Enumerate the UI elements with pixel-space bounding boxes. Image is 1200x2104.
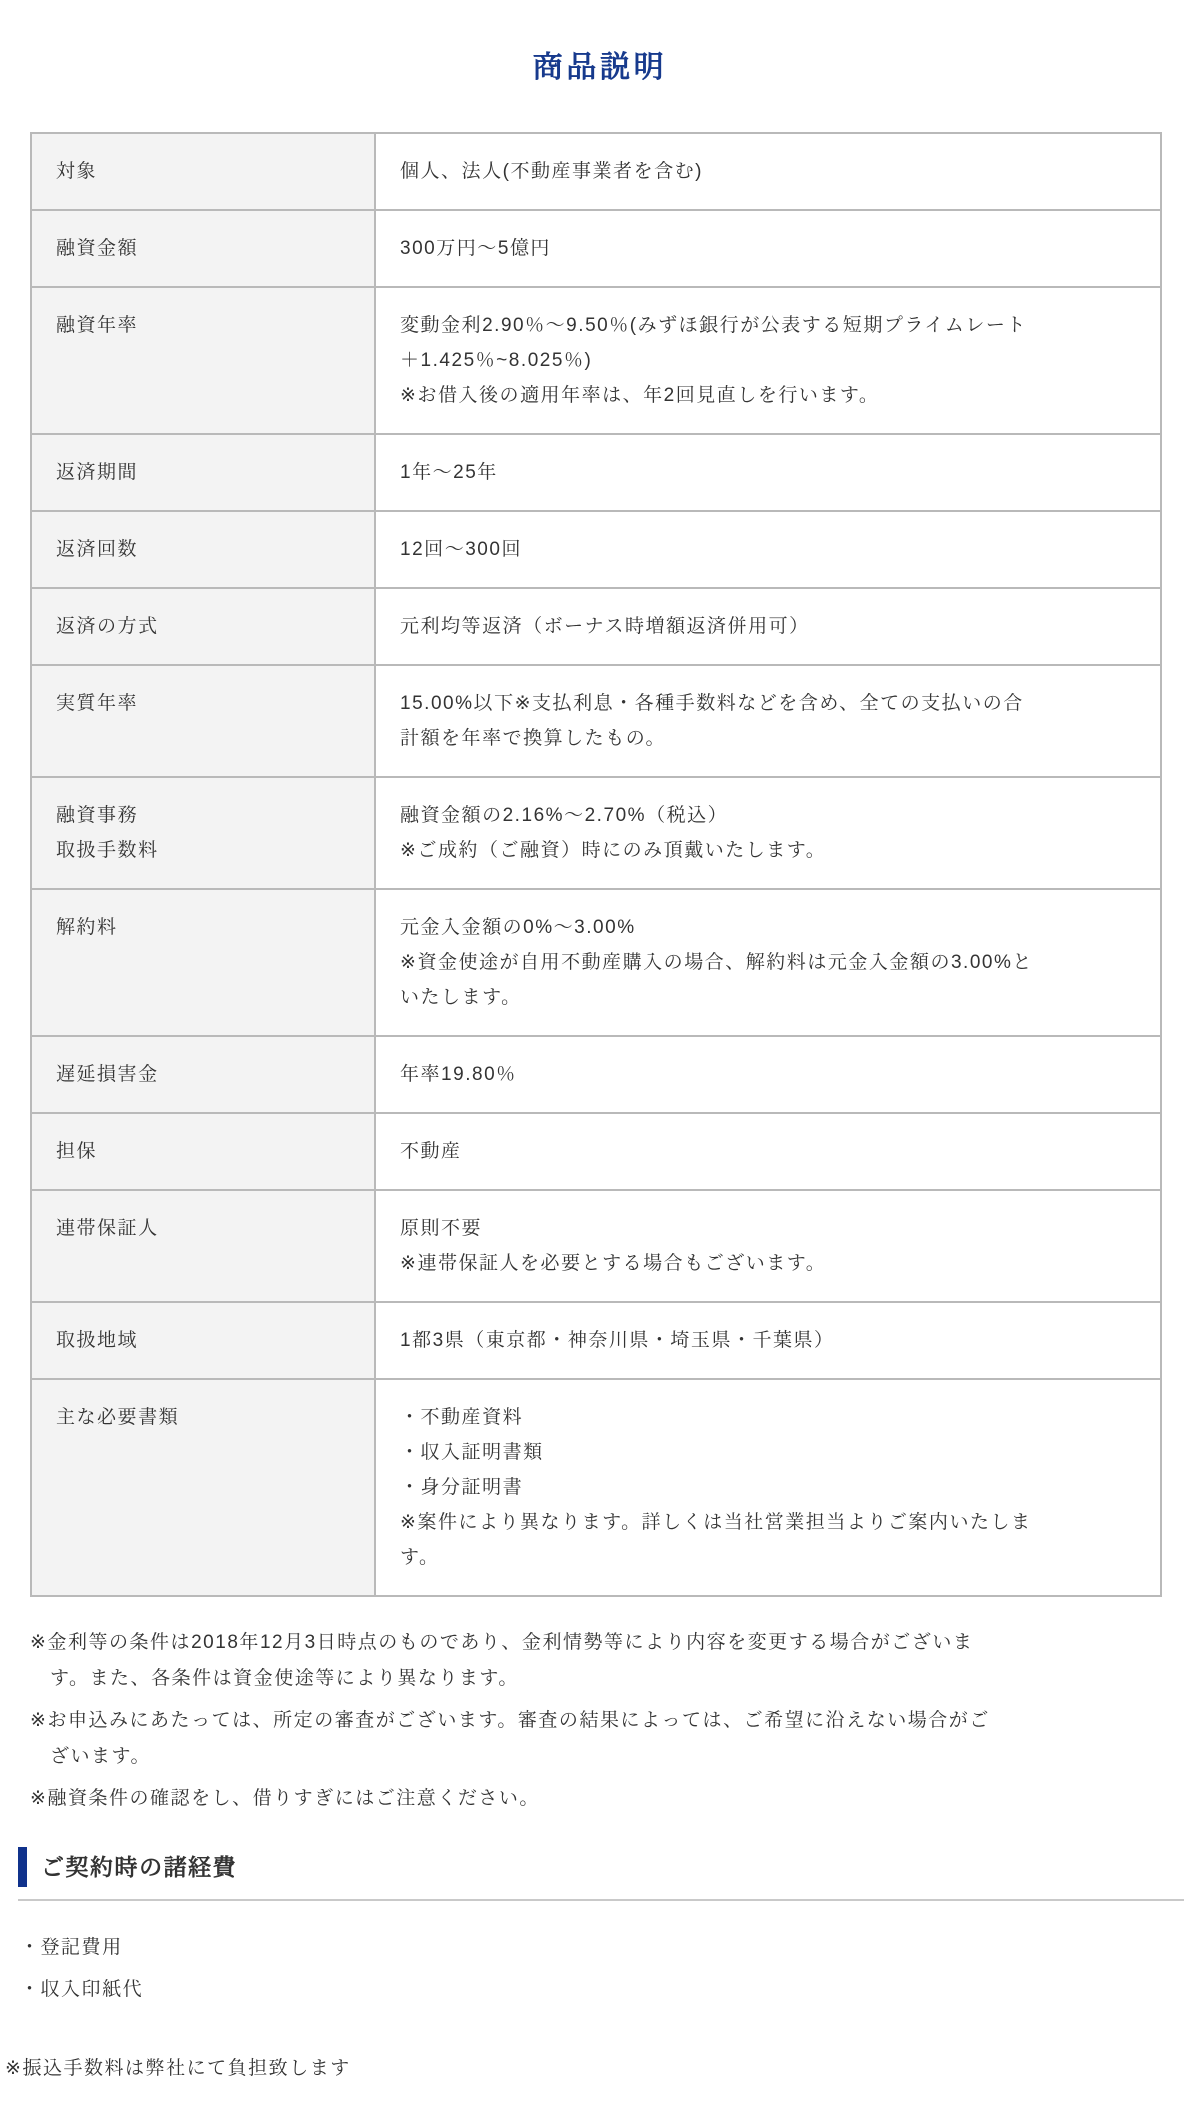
- row-label: 担保: [31, 1113, 375, 1190]
- footnote-caution: ※融資条件の確認をし、借りすぎにはご注意ください。: [30, 1781, 1170, 1817]
- row-value: 不動産: [375, 1113, 1161, 1190]
- footnote-screening: ※お申込みにあたっては、所定の審査がございます。審査の結果によっては、ご希望に沿…: [30, 1703, 1170, 1775]
- row-label: 連帯保証人: [31, 1190, 375, 1302]
- transfer-fee-note: ※振込手数料は弊社にて負担致します: [5, 2051, 1200, 2087]
- table-row: 実質年率 15.00%以下※支払利息・各種手数料などを含め、全ての支払いの合 計…: [31, 665, 1161, 777]
- table-row: 担保 不動産: [31, 1113, 1161, 1190]
- row-value: ・不動産資料 ・収入証明書類 ・身分証明書 ※案件により異なります。詳しくは当社…: [375, 1379, 1161, 1596]
- row-label: 主な必要書類: [31, 1379, 375, 1596]
- row-value: 300万円〜5億円: [375, 210, 1161, 287]
- table-row: 融資金額 300万円〜5億円: [31, 210, 1161, 287]
- table-row: 連帯保証人 原則不要 ※連帯保証人を必要とする場合もございます。: [31, 1190, 1161, 1302]
- row-value: 個人、法人(不動産事業者を含む): [375, 133, 1161, 210]
- table-row: 返済回数 12回〜300回: [31, 511, 1161, 588]
- product-description-page: { "page": { "title": "商品説明", "colors": {…: [0, 0, 1200, 2104]
- expense-list: ・登記費用 ・収入印紙代: [20, 1927, 1200, 2011]
- row-value: 融資金額の2.16%〜2.70%（税込） ※ご成約（ご融資）時にのみ頂戴いたしま…: [375, 777, 1161, 889]
- row-value: 元利均等返済（ボーナス時増額返済併用可）: [375, 588, 1161, 665]
- table-row: 融資事務 取扱手数料 融資金額の2.16%〜2.70%（税込） ※ご成約（ご融資…: [31, 777, 1161, 889]
- row-label: 解約料: [31, 889, 375, 1036]
- row-label: 融資年率: [31, 287, 375, 434]
- row-label: 実質年率: [31, 665, 375, 777]
- expenses-section-header: ご契約時の諸経費: [18, 1847, 1184, 1901]
- table-row: 返済の方式 元利均等返済（ボーナス時増額返済併用可）: [31, 588, 1161, 665]
- row-label: 融資事務 取扱手数料: [31, 777, 375, 889]
- row-label: 返済の方式: [31, 588, 375, 665]
- table-row: 対象 個人、法人(不動産事業者を含む): [31, 133, 1161, 210]
- table-row: 取扱地域 1都3県（東京都・神奈川県・埼玉県・千葉県）: [31, 1302, 1161, 1379]
- table-row: 融資年率 変動金利2.90％〜9.50％(みずほ銀行が公表する短期プライムレート…: [31, 287, 1161, 434]
- row-value: 1都3県（東京都・神奈川県・埼玉県・千葉県）: [375, 1302, 1161, 1379]
- footnote-rates-as-of-date: ※金利等の条件は2018年12月3日時点のものであり、金利情勢等により内容を変更…: [30, 1625, 1170, 1697]
- footnotes: ※金利等の条件は2018年12月3日時点のものであり、金利情勢等により内容を変更…: [30, 1625, 1170, 1817]
- table-row: 返済期間 1年〜25年: [31, 434, 1161, 511]
- table-row: 主な必要書類 ・不動産資料 ・収入証明書類 ・身分証明書 ※案件により異なります…: [31, 1379, 1161, 1596]
- row-value: 元金入金額の0%〜3.00% ※資金使途が自用不動産購入の場合、解約料は元金入金…: [375, 889, 1161, 1036]
- row-label: 遅延損害金: [31, 1036, 375, 1113]
- page-title: 商品説明: [0, 46, 1200, 90]
- row-value: 原則不要 ※連帯保証人を必要とする場合もございます。: [375, 1190, 1161, 1302]
- row-label: 返済期間: [31, 434, 375, 511]
- row-value: 1年〜25年: [375, 434, 1161, 511]
- row-value: 12回〜300回: [375, 511, 1161, 588]
- table-row: 遅延損害金 年率19.80％: [31, 1036, 1161, 1113]
- row-value: 変動金利2.90％〜9.50％(みずほ銀行が公表する短期プライムレート ＋1.4…: [375, 287, 1161, 434]
- row-value: 15.00%以下※支払利息・各種手数料などを含め、全ての支払いの合 計額を年率で…: [375, 665, 1161, 777]
- row-value: 年率19.80％: [375, 1036, 1161, 1113]
- table-row: 解約料 元金入金額の0%〜3.00% ※資金使途が自用不動産購入の場合、解約料は…: [31, 889, 1161, 1036]
- row-label: 返済回数: [31, 511, 375, 588]
- row-label: 融資金額: [31, 210, 375, 287]
- row-label: 対象: [31, 133, 375, 210]
- expenses-section-title: ご契約時の諸経費: [18, 1847, 1184, 1887]
- product-spec-table: 対象 個人、法人(不動産事業者を含む) 融資金額 300万円〜5億円 融資年率 …: [30, 132, 1162, 1597]
- row-label: 取扱地域: [31, 1302, 375, 1379]
